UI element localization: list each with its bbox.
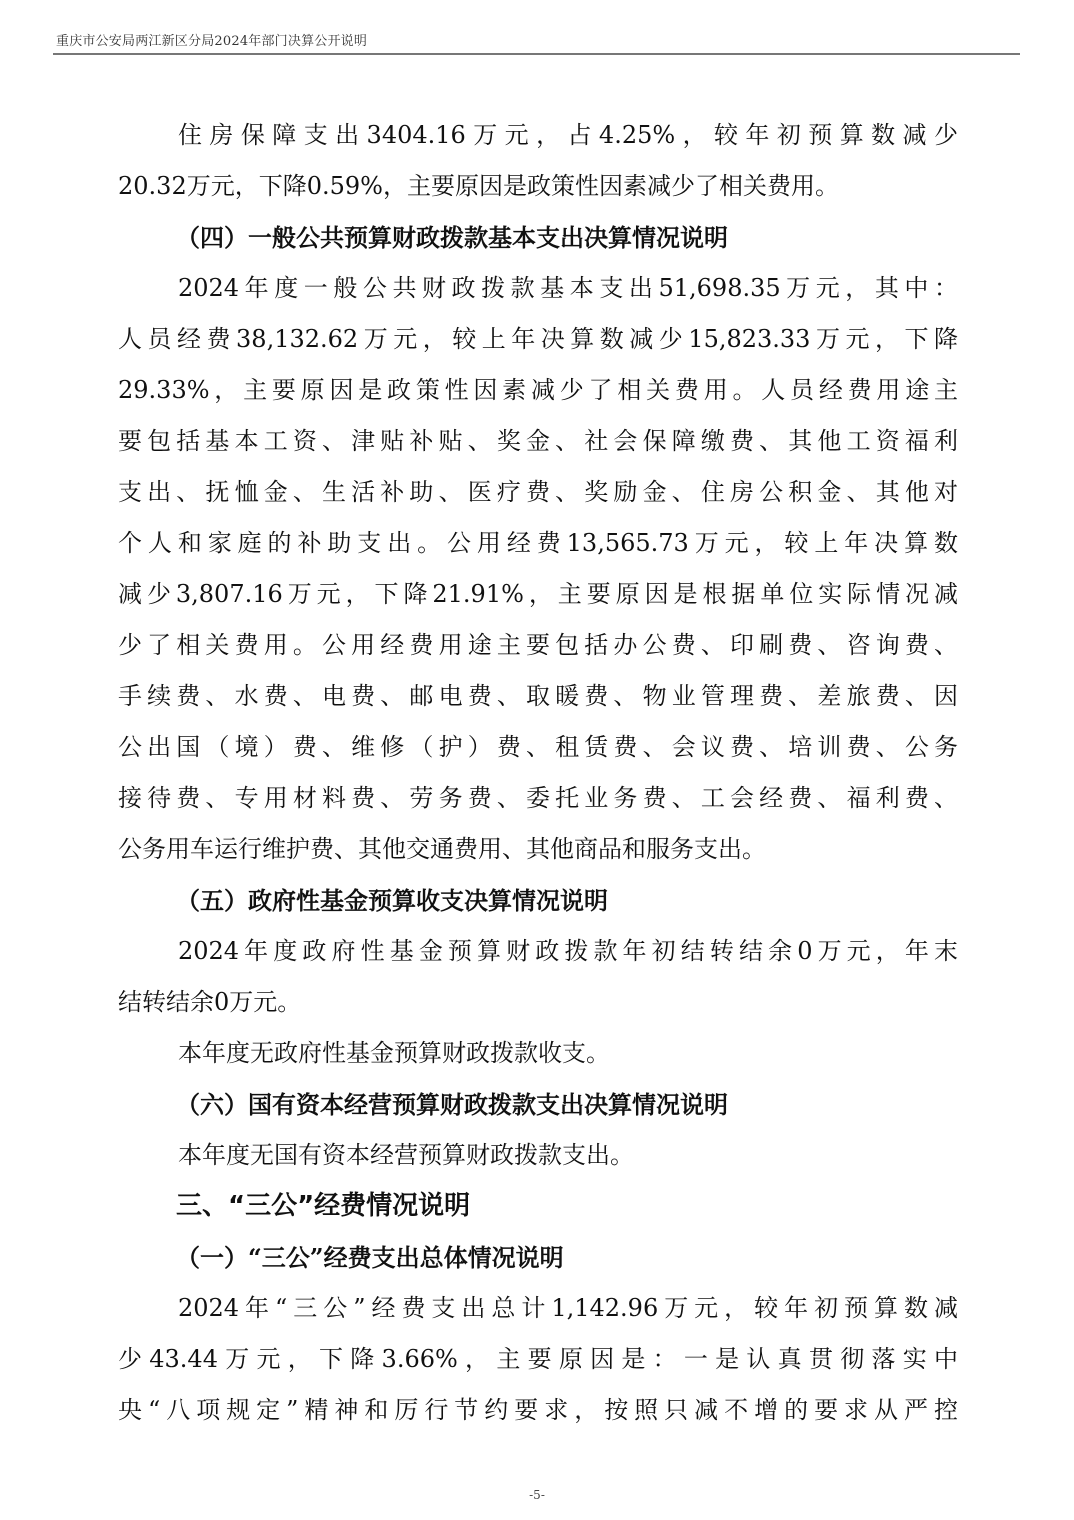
subsection-heading: （六）国有资本经营预算财政拨款支出决算情况说明 [118,1079,958,1130]
subsection-heading: （五）政府性基金预算收支决算情况说明 [118,875,958,926]
document-header-title: 重庆市公安局两江新区分局2024年部门决算公开说明 [56,30,367,49]
paragraph-line: 个人和家庭的补助支出。公用经费13,565.73万元，较上年决算数 [118,518,958,569]
paragraph-line: 2024年“三公”经费支出总计1,142.96万元，较年初预算数减 [118,1283,958,1334]
subsection-heading: （四）一般公共预算财政拨款基本支出决算情况说明 [118,212,958,263]
paragraph-line: 公务用车运行维护费、其他交通费用、其他商品和服务支出。 [118,824,958,875]
paragraph-line: 少43.44万元，下降3.66%，主要原因是：一是认真贯彻落实中 [118,1334,958,1385]
document-body: 住房保障支出3404.16万元，占4.25%，较年初预算数减少20.32万元，下… [118,110,958,1436]
paragraph-line: 住房保障支出3404.16万元，占4.25%，较年初预算数减少 [118,110,958,161]
paragraph-line: 结转结余0万元。 [118,977,958,1028]
paragraph-line: 29.33%，主要原因是政策性因素减少了相关费用。人员经费用途主 [118,365,958,416]
paragraph-line: 央“八项规定”精神和厉行节约要求，按照只减不增的要求从严控 [118,1385,958,1436]
paragraph-line: 接待费、专用材料费、劳务费、委托业务费、工会经费、福利费、 [118,773,958,824]
paragraph-line: 2024年度政府性基金预算财政拨款年初结转结余0万元，年末 [118,926,958,977]
subsection-heading: （一）“三公”经费支出总体情况说明 [118,1232,958,1283]
paragraph-line: 公出国（境）费、维修（护）费、租赁费、会议费、培训费、公务 [118,722,958,773]
paragraph-line: 支出、抚恤金、生活补助、医疗费、奖励金、住房公积金、其他对 [118,467,958,518]
paragraph-line: 要包括基本工资、津贴补贴、奖金、社会保障缴费、其他工资福利 [118,416,958,467]
paragraph-line: 2024年度一般公共财政拨款基本支出51,698.35万元，其中： [118,263,958,314]
header-divider [53,53,1020,55]
page-number: -5- [0,1488,1074,1502]
paragraph-line: 手续费、水费、电费、邮电费、取暖费、物业管理费、差旅费、因 [118,671,958,722]
paragraph-line: 人员经费38,132.62万元，较上年决算数减少15,823.33万元，下降 [118,314,958,365]
paragraph-line: 少了相关费用。公用经费用途主要包括办公费、印刷费、咨询费、 [118,620,958,671]
paragraph-line: 减少3,807.16万元，下降21.91%，主要原因是根据单位实际情况减 [118,569,958,620]
paragraph-line: 本年度无国有资本经营预算财政拨款支出。 [118,1130,958,1181]
paragraph-line: 20.32万元，下降0.59%，主要原因是政策性因素减少了相关费用。 [118,161,958,212]
section-heading: 三、“三公”经费情况说明 [118,1181,958,1232]
paragraph-line: 本年度无政府性基金预算财政拨款收支。 [118,1028,958,1079]
